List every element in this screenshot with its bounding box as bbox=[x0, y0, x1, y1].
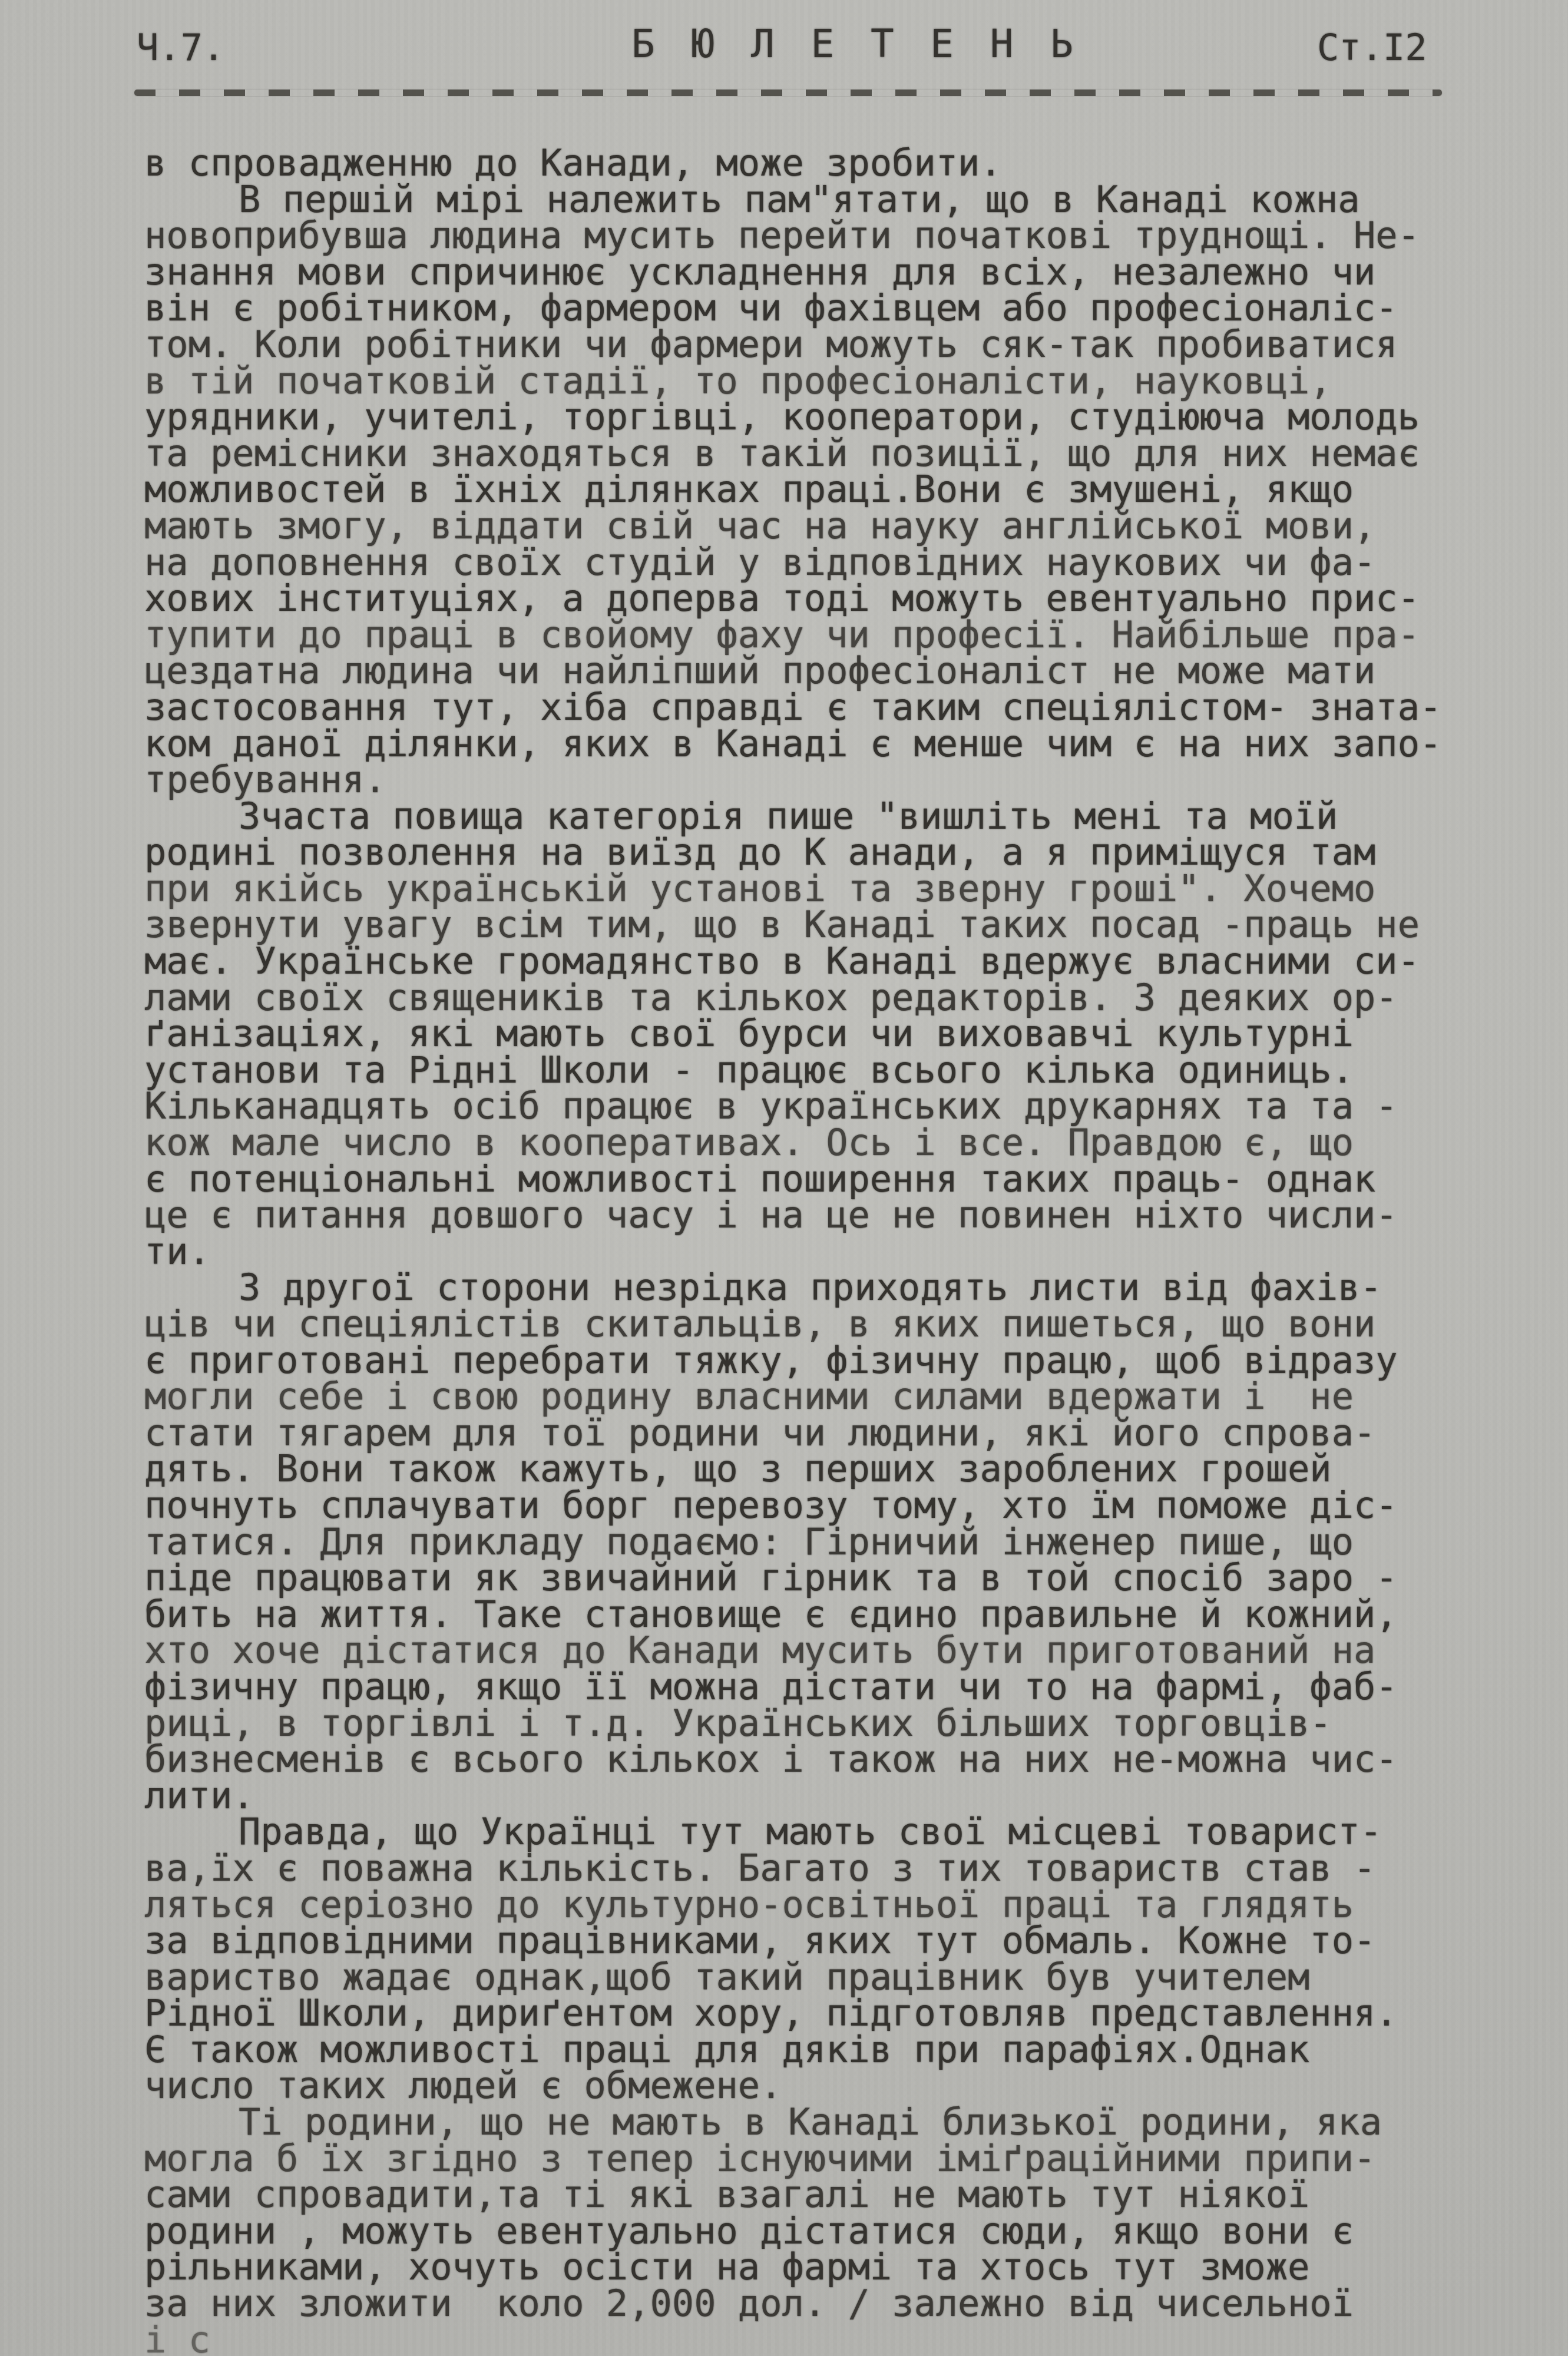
text-line: З другої сторони незрідка приходять лист… bbox=[144, 1269, 1499, 1306]
text-line: ва,їх є поважна кількість. Багато з тих … bbox=[144, 1850, 1499, 1887]
page-title: Б Ю Л Е Т Е Н Ь bbox=[631, 24, 1080, 65]
text-line: в спровадженню до Канади, може зробити. bbox=[144, 145, 1499, 181]
text-line: він є робітником, фармером чи фахівцем а… bbox=[144, 290, 1499, 326]
text-line: могла б їх згідно з тепер існуючими іміґ… bbox=[144, 2140, 1499, 2177]
text-line: требування. bbox=[144, 762, 1499, 798]
text-line: новоприбувша людина мусить перейти почат… bbox=[144, 217, 1499, 254]
text-line: дять. Вони також кажуть, що з перших зар… bbox=[144, 1451, 1499, 1487]
partial-text-line: і с bbox=[144, 2322, 1499, 2356]
text-line: татися. Для прикладу подаємо: Гірничий і… bbox=[144, 1524, 1499, 1560]
text-line: є потенціональні можливості поширення та… bbox=[144, 1161, 1499, 1197]
text-line: хто хоче дістатися до Канади мусить бути… bbox=[144, 1632, 1499, 1669]
text-line: звернути увагу всім тим, що в Канаді так… bbox=[144, 906, 1499, 943]
text-line: ти. bbox=[144, 1233, 1499, 1270]
text-line: та ремісники знаходяться в такій позиції… bbox=[144, 435, 1499, 472]
text-line: фізичну працю, якщо її можна дістати чи … bbox=[144, 1669, 1499, 1705]
dashed-divider bbox=[134, 90, 1442, 96]
text-line: установи та Рідні Школи - працює всього … bbox=[144, 1052, 1499, 1088]
text-line: це є питання довшого часу і на це не пов… bbox=[144, 1197, 1499, 1233]
text-line: кож мале число в кооперативах. Ось і все… bbox=[144, 1124, 1499, 1161]
text-line: вариство жадає однак,щоб такий працівник… bbox=[144, 1959, 1499, 1996]
text-line: В першій мірі належить пам"ятати, що в К… bbox=[144, 181, 1499, 218]
text-line: Ті родини, що не мають в Канаді близької… bbox=[144, 2104, 1499, 2140]
text-line: Зчаста повища категорія пише "вишліть ме… bbox=[144, 798, 1499, 835]
text-line: ців чи спеціялістів скитальців, в яких п… bbox=[144, 1306, 1499, 1342]
text-line: могли себе і свою родину власними силами… bbox=[144, 1378, 1499, 1415]
text-line: ком даної ділянки, яких в Канаді є менше… bbox=[144, 726, 1499, 762]
text-line: том. Коли робітники чи фармери можуть ся… bbox=[144, 326, 1499, 363]
text-line: Кільканадцять осіб працює в українських … bbox=[144, 1088, 1499, 1124]
text-line: число таких людей є обмежене. bbox=[144, 2067, 1499, 2104]
text-line: риці, в торгівлі і т.д. Українських біль… bbox=[144, 1705, 1499, 1742]
text-line: тупити до праці в свойому фаху чи профес… bbox=[144, 617, 1499, 653]
scanned-bulletin-page: Ч.7. Б Ю Л Е Т Е Н Ь Ст.І2 в спровадженн… bbox=[0, 0, 1568, 2356]
text-line: мають змогу, віддати свій час на науку а… bbox=[144, 508, 1499, 544]
text-line: застосовання тут, хіба справді є таким с… bbox=[144, 689, 1499, 726]
text-line: Правда, що Українці тут мають свої місце… bbox=[144, 1814, 1499, 1850]
text-line: має. Українське громадянство в Канаді вд… bbox=[144, 943, 1499, 980]
text-line: є приготовані перебрати тяжку, фізичну п… bbox=[144, 1342, 1499, 1379]
text-line: родини , можуть евентуально дістатися сю… bbox=[144, 2213, 1499, 2249]
text-line: цездатна людина чи найліпший професіонал… bbox=[144, 653, 1499, 689]
text-line: за відповідними працівниками, яких тут о… bbox=[144, 1922, 1499, 1959]
text-line: Є також можливості праці для дяків при п… bbox=[144, 2031, 1499, 2068]
text-line: сами спровадити,та ті які взагалі не маю… bbox=[144, 2176, 1499, 2213]
text-line: почнуть сплачувати борг перевозу тому, х… bbox=[144, 1487, 1499, 1524]
text-line: в тій початковій стадії, то професіоналі… bbox=[144, 363, 1499, 399]
text-line: можливостей в їхніх ділянках праці.Вони … bbox=[144, 471, 1499, 508]
text-line: рільниками, хочуть осісти на фармі та хт… bbox=[144, 2249, 1499, 2285]
issue-number: Ч.7. bbox=[137, 27, 224, 68]
text-line: Рідної Школи, дириґентом хору, підготовл… bbox=[144, 1995, 1499, 2031]
text-line: лами своїх священиків та кількох редакто… bbox=[144, 980, 1499, 1016]
text-line: бить на життя. Таке становище є єдино пр… bbox=[144, 1596, 1499, 1633]
text-line: ляться серіозно до культурно-освітньої п… bbox=[144, 1887, 1499, 1923]
text-line: урядники, учителі, торгівці, кооператори… bbox=[144, 399, 1499, 435]
text-line: хових інституціях, а доперва тоді можуть… bbox=[144, 580, 1499, 617]
text-line: піде працювати як звичайний гірник та в … bbox=[144, 1560, 1499, 1596]
page-number: Ст.І2 bbox=[1317, 27, 1427, 68]
text-line: на доповнення своїх студій у відповідних… bbox=[144, 544, 1499, 581]
text-line: знання мови спричинює ускладнення для вс… bbox=[144, 254, 1499, 290]
text-line: при якійсь українській установі та зверн… bbox=[144, 871, 1499, 907]
body-text: в спровадженню до Канади, може зробити.В… bbox=[144, 145, 1499, 2356]
text-line: ґанізаціях, які мають свої бурси чи вихо… bbox=[144, 1015, 1499, 1052]
text-line: стати тягарем для тої родини чи людини, … bbox=[144, 1415, 1499, 1451]
text-line: лити. bbox=[144, 1778, 1499, 1814]
text-line: бизнесменів є всього кількох і також на … bbox=[144, 1741, 1499, 1778]
text-line: родині позволення на виїзд до К анади, а… bbox=[144, 834, 1499, 871]
text-line: за них зложити коло 2,000 дол. / залежно… bbox=[144, 2285, 1499, 2322]
